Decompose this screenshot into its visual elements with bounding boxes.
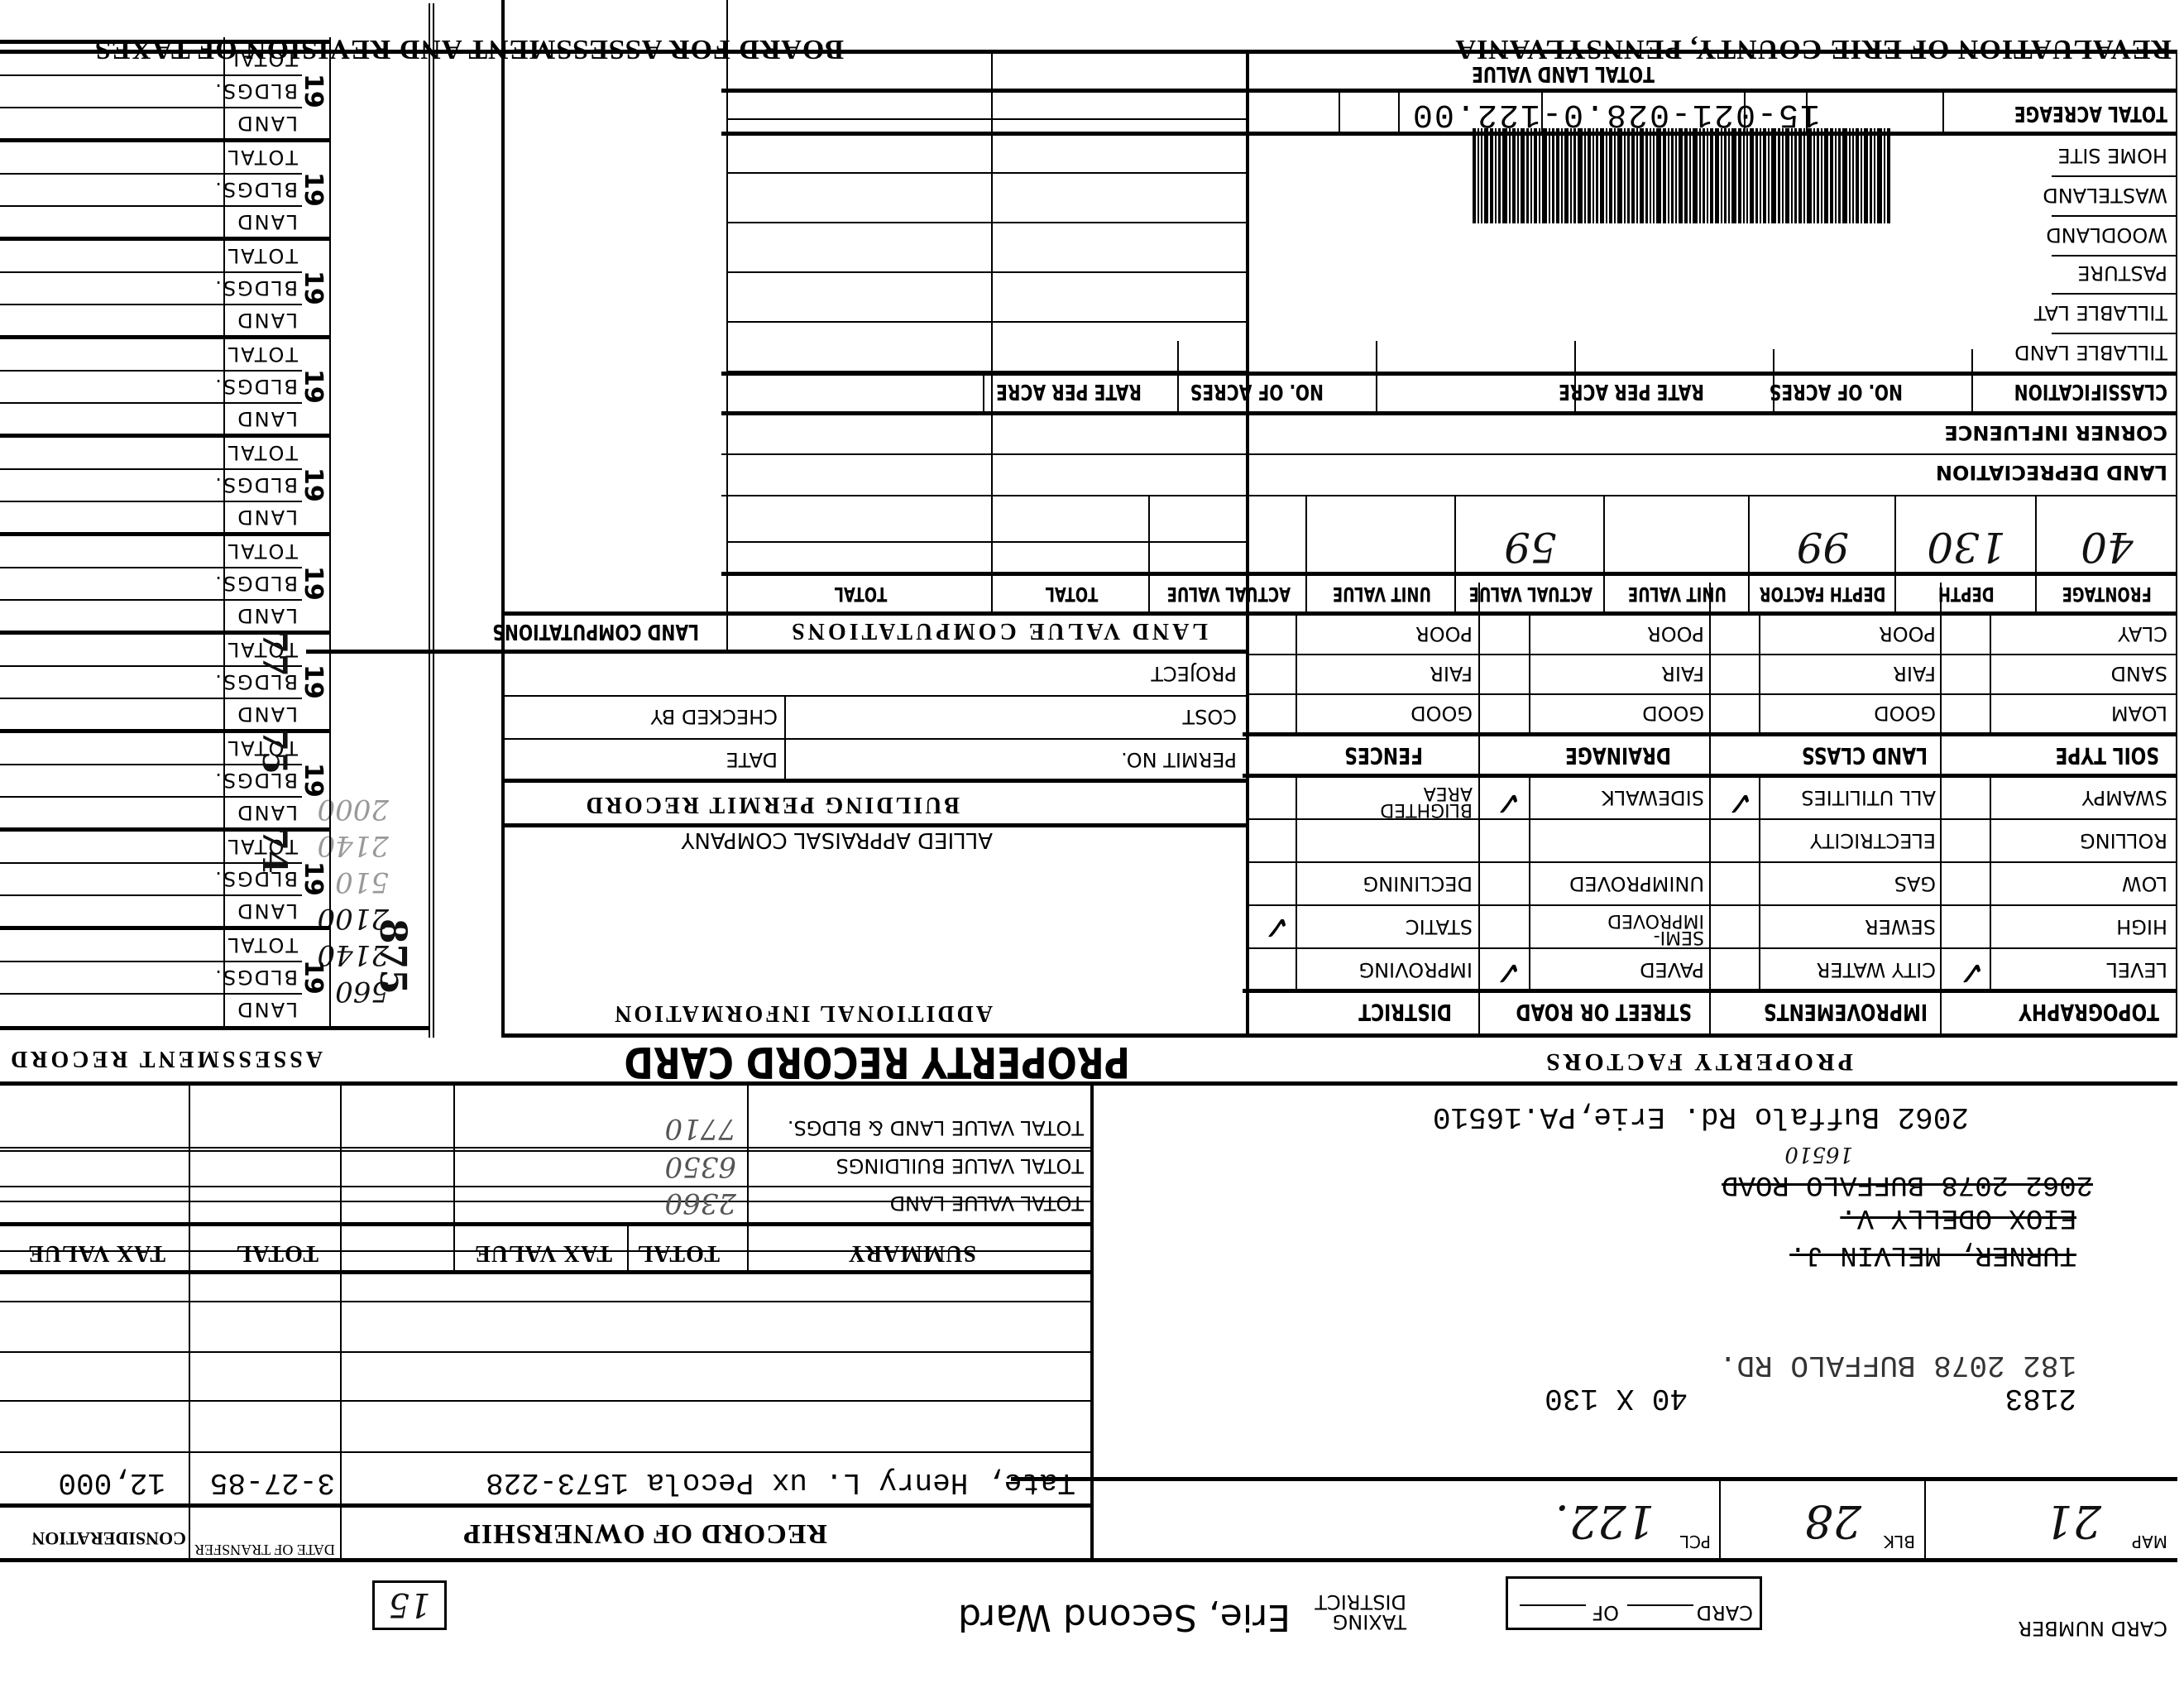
topography-header: TOPOGRAPHY (2019, 999, 2159, 1026)
fences-poor[interactable]: POOR (1415, 622, 1473, 645)
additional-info-title: ADDITIONAL INFORMATION (612, 1000, 993, 1026)
project-label: PROJECT (1151, 662, 1237, 685)
card-number-label: CARD NUMBER (2019, 1618, 2168, 1638)
total-acreage-label: TOTAL ACREAGE (2014, 101, 2167, 126)
imp-gas[interactable]: GAS (1894, 872, 1936, 895)
lvc-column-header: UNIT VALUE (1628, 583, 1727, 606)
barcode (1245, 128, 1890, 223)
improvements-header: IMPROVEMENTS (1764, 999, 1928, 1026)
checkmark-icon: ✓ (1494, 786, 1522, 819)
land-class-fair[interactable]: FAIR (1893, 662, 1936, 685)
road-paved[interactable]: PAVED (1640, 958, 1704, 981)
summary-row-buildings: TOTAL VALUE BUILDINGS (836, 1154, 1084, 1177)
year-prefix: 19 (299, 271, 328, 305)
year-prefix: 19 (299, 960, 328, 995)
card-of-box[interactable]: CARD OF (1506, 1576, 1762, 1630)
lot-dimensions: 40 X 130 (1545, 1381, 1688, 1415)
assessment-row-label: LAND (236, 604, 298, 627)
district-declining[interactable]: DECLINING (1363, 872, 1473, 895)
consideration-value: 12,000 (58, 1465, 165, 1499)
assessment-record-title: ASSESSMENT RECORD (7, 1045, 323, 1072)
blk-label: BLK (1884, 1532, 1915, 1551)
revaluation-title: REVALUATION OF ERIE COUNTY, PENNSYLVANIA (1454, 33, 2172, 65)
map-value: 21 (2044, 1495, 2101, 1547)
taxing-district-value: Erie, Second Ward (958, 1596, 1291, 1638)
class-pasture: PASTURE (2077, 261, 2167, 285)
land-class-good[interactable]: GOOD (1874, 702, 1936, 725)
topo-high[interactable]: HIGH (2116, 915, 2167, 938)
pcl-label: PCL (1680, 1532, 1711, 1551)
class-woodland: WOODLAND (2046, 223, 2167, 247)
old-address-line: 182 2078 BUFFALO RD. (1719, 1348, 2076, 1382)
fences-good[interactable]: GOOD (1410, 702, 1473, 725)
box-number: 15 (372, 1580, 447, 1630)
zip-handwritten: 16510 (1784, 1142, 1853, 1167)
imp-electricity[interactable]: ELECTRICITY (1810, 829, 1936, 852)
topo-level[interactable]: LEVEL (2107, 958, 2168, 981)
land-class-poor[interactable]: POOR (1879, 622, 1936, 645)
summary-row-total: TOTAL VALUE LAND & BLDGS. (788, 1116, 1084, 1139)
old-owner-1: EIOX ODELLY V. (1840, 1201, 2076, 1233)
lvc-value: 59 (1456, 523, 1605, 571)
date-of-transfer-header: DATE OF TRANSFER (194, 1541, 335, 1559)
drainage-fair[interactable]: FAIR (1661, 662, 1704, 685)
year-prefix: 19 (299, 763, 328, 798)
assessment-row-label: TOTAL (227, 441, 298, 464)
checkmark-icon: ✓ (1957, 956, 1985, 989)
land-computations-label: LAND COMPUTATIONS (492, 619, 699, 644)
lvc-column-header: ACTUAL VALUE (1468, 583, 1592, 606)
checkmark-icon: ✓ (1494, 956, 1522, 989)
summary-land-total: 2360 (664, 1187, 736, 1220)
topo-low[interactable]: LOW (2122, 872, 2167, 895)
assessment-row-label: LAND (236, 998, 298, 1021)
road-sidewalk[interactable]: SIDEWALK (1602, 786, 1704, 809)
pcl-value: 122. (1555, 1495, 1655, 1547)
building-permit-title: BUILDING PERMIT RECORD (584, 791, 960, 818)
district-blighted-area[interactable]: BLIGHTED AREA (1357, 784, 1473, 818)
no-of-acres-header-2: NO. OF ACRES (1190, 379, 1324, 404)
card-title-wrap: PROPERTY RECORD CARD (505, 1038, 1249, 1086)
lvc-column-header: UNIT VALUE (1332, 583, 1430, 606)
summary-col-tax-2: TAX VALUE (27, 1240, 165, 1266)
lvc-column-header: FRONTAGE (2062, 583, 2152, 606)
lvc-column-header: TOTAL (834, 583, 887, 606)
assessment-row-label: LAND (236, 506, 298, 529)
soil-loam[interactable]: LOAM (2111, 702, 2167, 725)
side-number-875: 875 (371, 918, 414, 995)
assessment-row-label: BLDGS. (213, 966, 298, 989)
lot-code: 2183 (2005, 1381, 2076, 1415)
year-handwritten: 74 (255, 827, 294, 874)
no-of-acres-header-1: NO. OF ACRES (1770, 379, 1903, 404)
summary-col-total-2: TOTAL (236, 1240, 318, 1266)
road-semi-improved[interactable]: SEMI-IMPROVED (1572, 912, 1704, 945)
year-prefix: 19 (299, 369, 328, 404)
corner-influence-label: CORNER INFLUENCE (1944, 421, 2167, 444)
card-title: PROPERTY RECORD CARD (624, 1037, 1130, 1086)
lvc-column-header: TOTAL (1045, 583, 1098, 606)
checkmark-icon: ✓ (1726, 786, 1754, 819)
blk-value: 28 (1804, 1495, 1861, 1547)
topo-swampy[interactable]: SWAMPY (2082, 786, 2167, 809)
class-tillable-land: TILLABLE LAND (2014, 341, 2167, 364)
land-value-computations-title: LAND VALUE COMPUTATIONS (788, 617, 1208, 644)
old-address: 2062 2078 BUFFALO ROAD (1722, 1168, 2093, 1200)
board-title: BOARD FOR ASSESSMENT AND REVISION OF TAX… (94, 33, 844, 65)
assessment-row-label: BLDGS. (213, 79, 298, 103)
class-tillable-lat: TILLABLE LAT (2034, 301, 2167, 324)
cost-label: COST (1182, 705, 1237, 728)
assessment-row-label: BLDGS. (213, 178, 298, 201)
property-factors-title: PROPERTY FACTORS (1543, 1048, 1853, 1076)
taxing-district-label: TAXING DISTRICT (1307, 1592, 1406, 1632)
old-owner-2: TURNER, MELVIN J. (1789, 1239, 2076, 1270)
drainage-good[interactable]: GOOD (1642, 702, 1704, 725)
assessment-row-label: BLDGS. (213, 572, 298, 595)
imp-city-water[interactable]: CITY WATER (1817, 958, 1936, 981)
lvc-column-header: DEPTH (1938, 583, 1995, 606)
current-address: 2062 Buffalo Rd. Erie,PA.16510 (1433, 1100, 1969, 1134)
year-handwritten: 75 (255, 728, 294, 774)
consideration-header: CONSIDERATION (31, 1527, 186, 1549)
assessment-row-label: LAND (236, 112, 298, 135)
soil-sand[interactable]: SAND (2110, 662, 2167, 685)
lvc-value: 99 (1750, 523, 1896, 571)
assessment-row-label: TOTAL (227, 933, 298, 957)
drainage-poor[interactable]: POOR (1647, 622, 1704, 645)
assessment-row-label: LAND (236, 309, 298, 332)
allied-appraisal-company: ALLIED APPRAISAL COMPANY (682, 827, 993, 852)
assessment-row-label: LAND (236, 899, 298, 923)
summary-buildings-total: 6350 (664, 1150, 736, 1183)
assessment-row-label: LAND (236, 801, 298, 824)
rate-per-acre-header-1: RATE PER ACRE (1559, 379, 1704, 404)
transfer-date: 3-27-85 (210, 1465, 335, 1499)
lvc-column-header: DEPTH FACTOR (1760, 583, 1886, 606)
drainage-header: DRAINAGE (1565, 742, 1671, 770)
checked-by-label: CHECKED BY (650, 705, 778, 728)
assessment-row-label: TOTAL (227, 244, 298, 267)
year-prefix: 19 (299, 74, 328, 108)
assessment-row-label: BLDGS. (213, 276, 298, 300)
parcel-id: 15-021-028.0-122.00 (1411, 95, 1820, 132)
year-handwritten: 77 (255, 631, 294, 677)
rate-per-acre-header-2: RATE PER ACRE (996, 379, 1142, 404)
summary-col-tax-1: TAX VALUE (474, 1240, 612, 1266)
lvc-value: 130 (1896, 523, 2037, 571)
assessment-row-label: LAND (236, 210, 298, 233)
classification-header: CLASSIFICATION (2014, 379, 2167, 404)
year-prefix: 19 (299, 566, 328, 601)
district-static[interactable]: STATIC (1406, 915, 1473, 938)
class-wasteland: WASTELAND (2043, 184, 2167, 207)
date-label: DATE (726, 748, 778, 771)
soil-clay[interactable]: CLAY (2118, 622, 2167, 645)
land-class-header: LAND CLASS (1802, 742, 1928, 770)
property-record-card: REVALUATION OF ERIE COUNTY, PENNSYLVANIA… (0, 0, 2184, 1688)
assessment-row-label: LAND (236, 407, 298, 430)
soil-type-header: SOIL TYPE (2055, 742, 2159, 770)
year-prefix: 19 (299, 172, 328, 207)
year-prefix: 19 (299, 468, 328, 502)
lvc-value: 40 (2037, 523, 2177, 571)
imp-sewer[interactable]: SEWER (1865, 915, 1936, 938)
lvc-column-header: ACTUAL VALUE (1166, 583, 1291, 606)
assessment-row-label: TOTAL (227, 539, 298, 563)
checkmark-icon: ✓ (1262, 910, 1291, 943)
assessment-row-label: TOTAL (227, 343, 298, 366)
permit-no-label: PERMIT NO. (1121, 748, 1237, 771)
imp-all-utilities[interactable]: ALL UTILITIES (1801, 786, 1936, 809)
street-road-header: STREET OR ROAD (1516, 999, 1692, 1026)
road-unimproved[interactable]: UNIMPROVED (1569, 872, 1704, 895)
summary-col-total-1: TOTAL (637, 1240, 720, 1266)
district-improving[interactable]: IMPROVING (1359, 958, 1473, 981)
district-header: DISTRICT (1358, 999, 1452, 1026)
year-prefix: 19 (299, 664, 328, 699)
summary-title: SUMMARY (848, 1240, 976, 1266)
total-land-value-label: TOTAL LAND VALUE (1472, 61, 1655, 86)
summary-grand-total: 7710 (664, 1112, 736, 1145)
land-depreciation-label: LAND DEPRECIATION (1936, 461, 2167, 484)
assessment-row-label: LAND (236, 703, 298, 726)
assessment-row-label: BLDGS. (213, 375, 298, 398)
class-home-site: HOME SITE (2057, 144, 2167, 167)
year-prefix: 19 (299, 861, 328, 896)
owner-entry: Tate, Henry L. ux Pecola 1573-228 (486, 1465, 1075, 1499)
fences-header: FENCES (1344, 742, 1423, 770)
summary-row-land: TOTAL VALUE LAND (890, 1192, 1084, 1215)
assessment-row-label: BLDGS. (213, 473, 298, 496)
fences-fair[interactable]: FAIR (1430, 662, 1473, 685)
ownership-title: RECORD OF OWNERSHIP (462, 1518, 827, 1549)
assessment-row-label: TOTAL (227, 146, 298, 169)
topo-rolling[interactable]: ROLLING (2080, 829, 2167, 852)
map-label: MAP (2132, 1532, 2167, 1551)
